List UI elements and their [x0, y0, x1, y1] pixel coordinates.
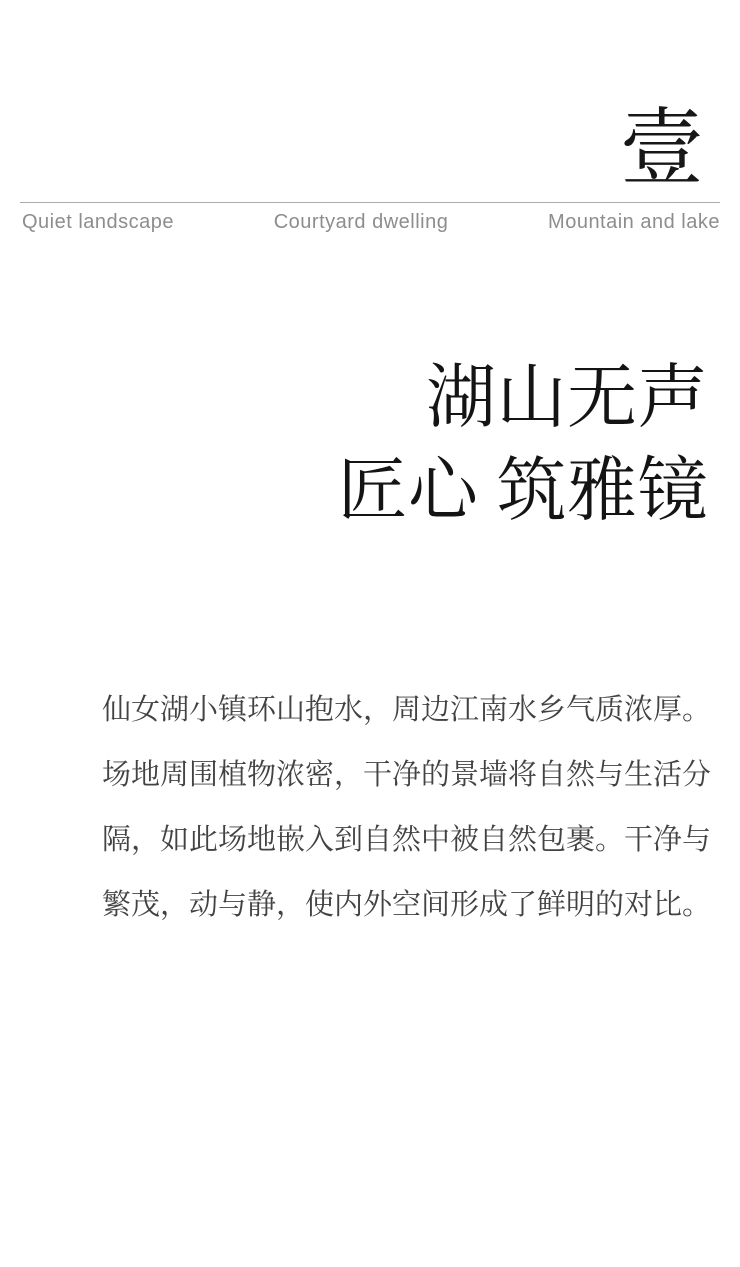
body-paragraph-line: 隔，如此场地嵌入到自然中被自然包裹。干净与 [102, 808, 714, 873]
section-label-row: Quiet landscape Courtyard dwelling Mount… [22, 209, 720, 235]
page-title: 湖山无声 匠心 筑雅镜 [0, 352, 708, 538]
chapter-number: 壹 [0, 108, 704, 192]
section-label-mountain-and-lake: Mountain and lake [548, 209, 720, 235]
article-page: 壹 Quiet landscape Courtyard dwelling Mou… [0, 0, 740, 1267]
header-divider-line [20, 202, 720, 203]
body-paragraph-line: 繁茂，动与静，使内外空间形成了鲜明的对比。 [102, 873, 714, 938]
section-label-quiet-landscape: Quiet landscape [22, 209, 174, 235]
page-title-line-2: 匠心 筑雅镜 [0, 445, 708, 538]
body-paragraph-line: 场地周围植物浓密，干净的景墙将自然与生活分 [102, 743, 714, 808]
body-paragraph: 仙女湖小镇环山抱水，周边江南水乡气质浓厚。 场地周围植物浓密，干净的景墙将自然与… [102, 678, 714, 938]
section-label-courtyard-dwelling: Courtyard dwelling [274, 209, 449, 235]
page-title-line-1: 湖山无声 [0, 352, 708, 445]
body-paragraph-line: 仙女湖小镇环山抱水，周边江南水乡气质浓厚。 [102, 678, 714, 743]
